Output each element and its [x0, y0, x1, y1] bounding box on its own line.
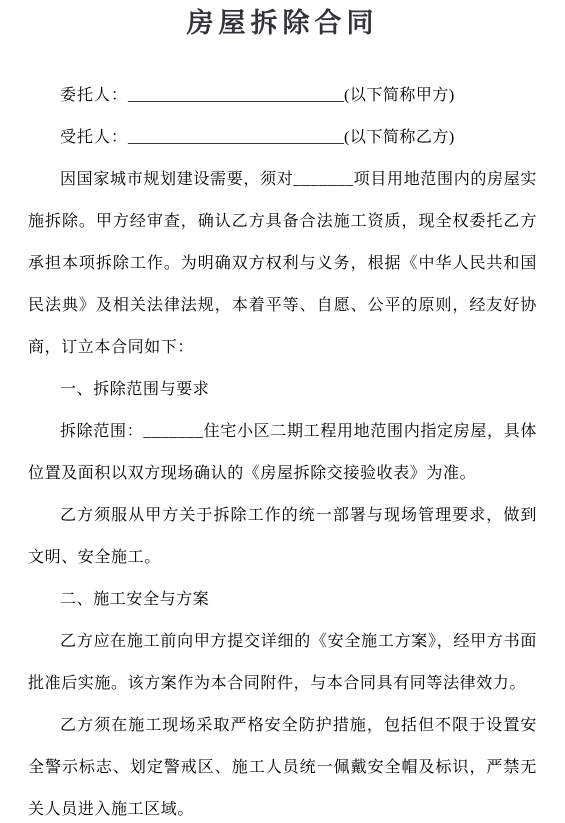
safety-measures-paragraph: 乙方须在施工现场采取严格安全防护措施，包括但不限于设置安全警示标志、划定警戒区、…: [28, 705, 537, 823]
trustee-alias-note: (以下简称乙方): [344, 129, 455, 146]
demolition-scope-paragraph: 拆除范围：_______住宅小区二期工程用地范围内指定房屋，具体位置及面积以双方…: [28, 411, 537, 495]
preamble-paragraph: 因国家城市规划建设需要，须对_______项目用地范围内的房屋实施拆除。甲方经审…: [28, 159, 537, 369]
site-management-paragraph: 乙方须服从甲方关于拆除工作的统一部署与现场管理要求，做到文明、安全施工。: [28, 495, 537, 579]
party-row-principal: 委托人：___________________________(以下简称甲方): [28, 75, 537, 117]
trustee-blank-line: ___________________________: [128, 129, 344, 146]
contract-document-page: 房屋拆除合同 委托人：___________________________(以…: [0, 0, 565, 823]
principal-alias-note: (以下简称甲方): [344, 87, 455, 104]
contract-body: 因国家城市规划建设需要，须对_______项目用地范围内的房屋实施拆除。甲方经审…: [28, 159, 537, 823]
section-heading-2: 二、施工安全与方案: [28, 579, 537, 621]
principal-blank-line: ___________________________: [128, 87, 344, 104]
document-title: 房屋拆除合同: [28, 0, 537, 42]
section-heading-1: 一、拆除范围与要求: [28, 369, 537, 411]
trustee-label: 受托人：: [60, 129, 128, 146]
principal-label: 委托人：: [60, 87, 128, 104]
party-row-trustee: 受托人：___________________________(以下简称乙方): [28, 117, 537, 159]
safety-plan-paragraph: 乙方应在施工前向甲方提交详细的《安全施工方案》，经甲方书面批准后实施。该方案作为…: [28, 621, 537, 705]
